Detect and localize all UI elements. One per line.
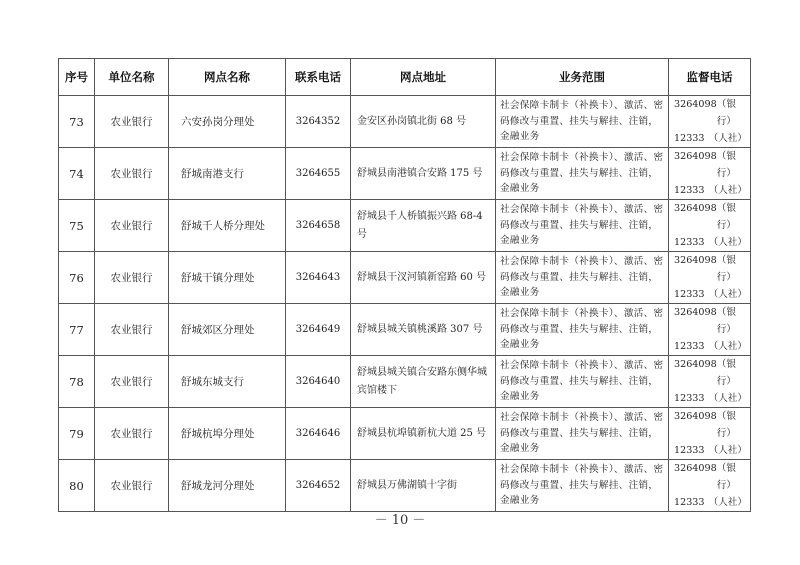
supervision-bank-line: 3264098（银行）	[674, 356, 750, 390]
table-row: 73农业银行六安孙岗分理处3264352金安区孙岗镇北街 68 号社会保障卡制卡…	[59, 96, 751, 148]
supervision-hr-line: 12333（人社）	[674, 338, 750, 355]
cell-outlet-address: 舒城县杭埠镇新杭大道 25 号	[351, 408, 496, 460]
cell-supervision-phone: 3264098（银行）12333（人社）	[669, 200, 751, 252]
cell-outlet-name: 舒城千人桥分理处	[169, 200, 286, 252]
cell-outlet-name: 舒城东城支行	[169, 356, 286, 408]
supervision-bank-label: （银行）	[717, 356, 747, 390]
cell-outlet-name: 舒城龙河分理处	[169, 460, 286, 512]
cell-business-scope: 社会保障卡制卡（补换卡）、激活、密码修改与重置、挂失与解挂、注销，金融业务	[496, 408, 669, 460]
supervision-hr-number: 12333	[674, 130, 705, 147]
cell-outlet-address: 舒城县城关镇合安路东侧华城宾馆楼下	[351, 356, 496, 408]
page-number: － 10 －	[0, 509, 800, 528]
cell-contact-phone: 3264643	[286, 252, 351, 304]
header-serial-number: 序号	[59, 59, 95, 96]
cell-contact-phone: 3264646	[286, 408, 351, 460]
supervision-bank-number: 3264098	[674, 304, 717, 338]
supervision-bank-line: 3264098（银行）	[674, 408, 750, 442]
supervision-bank-line: 3264098（银行）	[674, 460, 750, 494]
supervision-hr-line: 12333（人社）	[674, 442, 750, 459]
cell-business-scope: 社会保障卡制卡（补换卡）、激活、密码修改与重置、挂失与解挂、注销，金融业务	[496, 356, 669, 408]
cell-supervision-phone: 3264098（银行）12333（人社）	[669, 408, 751, 460]
supervision-hr-label: （人社）	[709, 234, 747, 251]
supervision-hr-number: 12333	[674, 234, 705, 251]
supervision-bank-line: 3264098（银行）	[674, 148, 750, 182]
cell-unit-name: 农业银行	[95, 408, 169, 460]
cell-outlet-address: 舒城县城关镇桃溪路 307 号	[351, 304, 496, 356]
supervision-hr-number: 12333	[674, 338, 705, 355]
cell-serial-number: 77	[59, 304, 95, 356]
supervision-hr-line: 12333（人社）	[674, 286, 750, 303]
cell-outlet-address: 舒城县干汊河镇新窑路 60 号	[351, 252, 496, 304]
cell-serial-number: 79	[59, 408, 95, 460]
table-body: 73农业银行六安孙岗分理处3264352金安区孙岗镇北街 68 号社会保障卡制卡…	[59, 96, 751, 512]
supervision-hr-number: 12333	[674, 182, 705, 199]
supervision-bank-line: 3264098（银行）	[674, 304, 750, 338]
cell-supervision-phone: 3264098（银行）12333（人社）	[669, 356, 751, 408]
header-business-scope: 业务范围	[496, 59, 669, 96]
cell-business-scope: 社会保障卡制卡（补换卡）、激活、密码修改与重置、挂失与解挂、注销，金融业务	[496, 304, 669, 356]
cell-contact-phone: 3264352	[286, 96, 351, 148]
header-contact-phone: 联系电话	[286, 59, 351, 96]
supervision-bank-label: （银行）	[717, 460, 747, 494]
supervision-bank-number: 3264098	[674, 460, 717, 494]
cell-outlet-address: 舒城县南港镇合安路 175 号	[351, 148, 496, 200]
header-supervision-phone: 监督电话	[669, 59, 751, 96]
table-row: 76农业银行舒城干镇分理处3264643舒城县干汊河镇新窑路 60 号社会保障卡…	[59, 252, 751, 304]
supervision-bank-line: 3264098（银行）	[674, 96, 750, 130]
cell-serial-number: 75	[59, 200, 95, 252]
cell-business-scope: 社会保障卡制卡（补换卡）、激活、密码修改与重置、挂失与解挂、注销，金融业务	[496, 96, 669, 148]
header-unit-name: 单位名称	[95, 59, 169, 96]
cell-supervision-phone: 3264098（银行）12333（人社）	[669, 252, 751, 304]
table-header-row: 序号 单位名称 网点名称 联系电话 网点地址 业务范围 监督电话	[59, 59, 751, 96]
cell-supervision-phone: 3264098（银行）12333（人社）	[669, 148, 751, 200]
cell-supervision-phone: 3264098（银行）12333（人社）	[669, 460, 751, 512]
cell-contact-phone: 3264652	[286, 460, 351, 512]
table-row: 74农业银行舒城南港支行3264655舒城县南港镇合安路 175 号社会保障卡制…	[59, 148, 751, 200]
cell-unit-name: 农业银行	[95, 200, 169, 252]
supervision-bank-label: （银行）	[717, 408, 747, 442]
supervision-bank-label: （银行）	[717, 148, 747, 182]
table-row: 80农业银行舒城龙河分理处3264652舒城县万佛湖镇十字街社会保障卡制卡（补换…	[59, 460, 751, 512]
cell-serial-number: 76	[59, 252, 95, 304]
supervision-hr-line: 12333（人社）	[674, 182, 750, 199]
cell-outlet-address: 舒城县千人桥镇振兴路 68-4 号	[351, 200, 496, 252]
supervision-bank-line: 3264098（银行）	[674, 252, 750, 286]
cell-business-scope: 社会保障卡制卡（补换卡）、激活、密码修改与重置、挂失与解挂、注销，金融业务	[496, 460, 669, 512]
cell-unit-name: 农业银行	[95, 304, 169, 356]
supervision-bank-number: 3264098	[674, 356, 717, 390]
cell-serial-number: 73	[59, 96, 95, 148]
cell-contact-phone: 3264640	[286, 356, 351, 408]
supervision-bank-label: （银行）	[717, 304, 747, 338]
supervision-hr-line: 12333（人社）	[674, 390, 750, 407]
supervision-bank-number: 3264098	[674, 408, 717, 442]
supervision-bank-number: 3264098	[674, 148, 717, 182]
table-row: 78农业银行舒城东城支行3264640舒城县城关镇合安路东侧华城宾馆楼下社会保障…	[59, 356, 751, 408]
cell-outlet-address: 金安区孙岗镇北街 68 号	[351, 96, 496, 148]
cell-business-scope: 社会保障卡制卡（补换卡）、激活、密码修改与重置、挂失与解挂、注销，金融业务	[496, 148, 669, 200]
supervision-hr-label: （人社）	[709, 390, 747, 407]
supervision-hr-label: （人社）	[709, 442, 747, 459]
cell-supervision-phone: 3264098（银行）12333（人社）	[669, 304, 751, 356]
cell-outlet-name: 六安孙岗分理处	[169, 96, 286, 148]
cell-business-scope: 社会保障卡制卡（补换卡）、激活、密码修改与重置、挂失与解挂、注销，金融业务	[496, 200, 669, 252]
table-row: 79农业银行舒城杭埠分理处3264646舒城县杭埠镇新杭大道 25 号社会保障卡…	[59, 408, 751, 460]
cell-unit-name: 农业银行	[95, 356, 169, 408]
supervision-hr-label: （人社）	[709, 338, 747, 355]
cell-business-scope: 社会保障卡制卡（补换卡）、激活、密码修改与重置、挂失与解挂、注销，金融业务	[496, 252, 669, 304]
supervision-hr-line: 12333（人社）	[674, 234, 750, 251]
supervision-bank-label: （银行）	[717, 96, 747, 130]
service-outlet-table-container: 序号 单位名称 网点名称 联系电话 网点地址 业务范围 监督电话 73农业银行六…	[58, 58, 751, 512]
cell-serial-number: 80	[59, 460, 95, 512]
cell-supervision-phone: 3264098（银行）12333（人社）	[669, 96, 751, 148]
supervision-bank-number: 3264098	[674, 96, 717, 130]
supervision-hr-number: 12333	[674, 442, 705, 459]
supervision-hr-number: 12333	[674, 286, 705, 303]
cell-contact-phone: 3264649	[286, 304, 351, 356]
cell-unit-name: 农业银行	[95, 96, 169, 148]
table-row: 75农业银行舒城千人桥分理处3264658舒城县千人桥镇振兴路 68-4 号社会…	[59, 200, 751, 252]
cell-unit-name: 农业银行	[95, 148, 169, 200]
supervision-bank-number: 3264098	[674, 200, 717, 234]
cell-outlet-name: 舒城杭埠分理处	[169, 408, 286, 460]
cell-unit-name: 农业银行	[95, 252, 169, 304]
supervision-bank-label: （银行）	[717, 252, 747, 286]
supervision-bank-line: 3264098（银行）	[674, 200, 750, 234]
supervision-hr-line: 12333（人社）	[674, 130, 750, 147]
supervision-hr-label: （人社）	[709, 130, 747, 147]
supervision-hr-number: 12333	[674, 390, 705, 407]
supervision-bank-number: 3264098	[674, 252, 717, 286]
cell-outlet-address: 舒城县万佛湖镇十字街	[351, 460, 496, 512]
table-row: 77农业银行舒城郊区分理处3264649舒城县城关镇桃溪路 307 号社会保障卡…	[59, 304, 751, 356]
cell-serial-number: 78	[59, 356, 95, 408]
cell-outlet-name: 舒城南港支行	[169, 148, 286, 200]
header-outlet-name: 网点名称	[169, 59, 286, 96]
cell-outlet-name: 舒城郊区分理处	[169, 304, 286, 356]
cell-outlet-name: 舒城干镇分理处	[169, 252, 286, 304]
service-outlet-table: 序号 单位名称 网点名称 联系电话 网点地址 业务范围 监督电话 73农业银行六…	[58, 58, 751, 512]
cell-unit-name: 农业银行	[95, 460, 169, 512]
cell-serial-number: 74	[59, 148, 95, 200]
header-outlet-address: 网点地址	[351, 59, 496, 96]
supervision-hr-label: （人社）	[709, 286, 747, 303]
cell-contact-phone: 3264658	[286, 200, 351, 252]
supervision-bank-label: （银行）	[717, 200, 747, 234]
cell-contact-phone: 3264655	[286, 148, 351, 200]
supervision-hr-label: （人社）	[709, 182, 747, 199]
